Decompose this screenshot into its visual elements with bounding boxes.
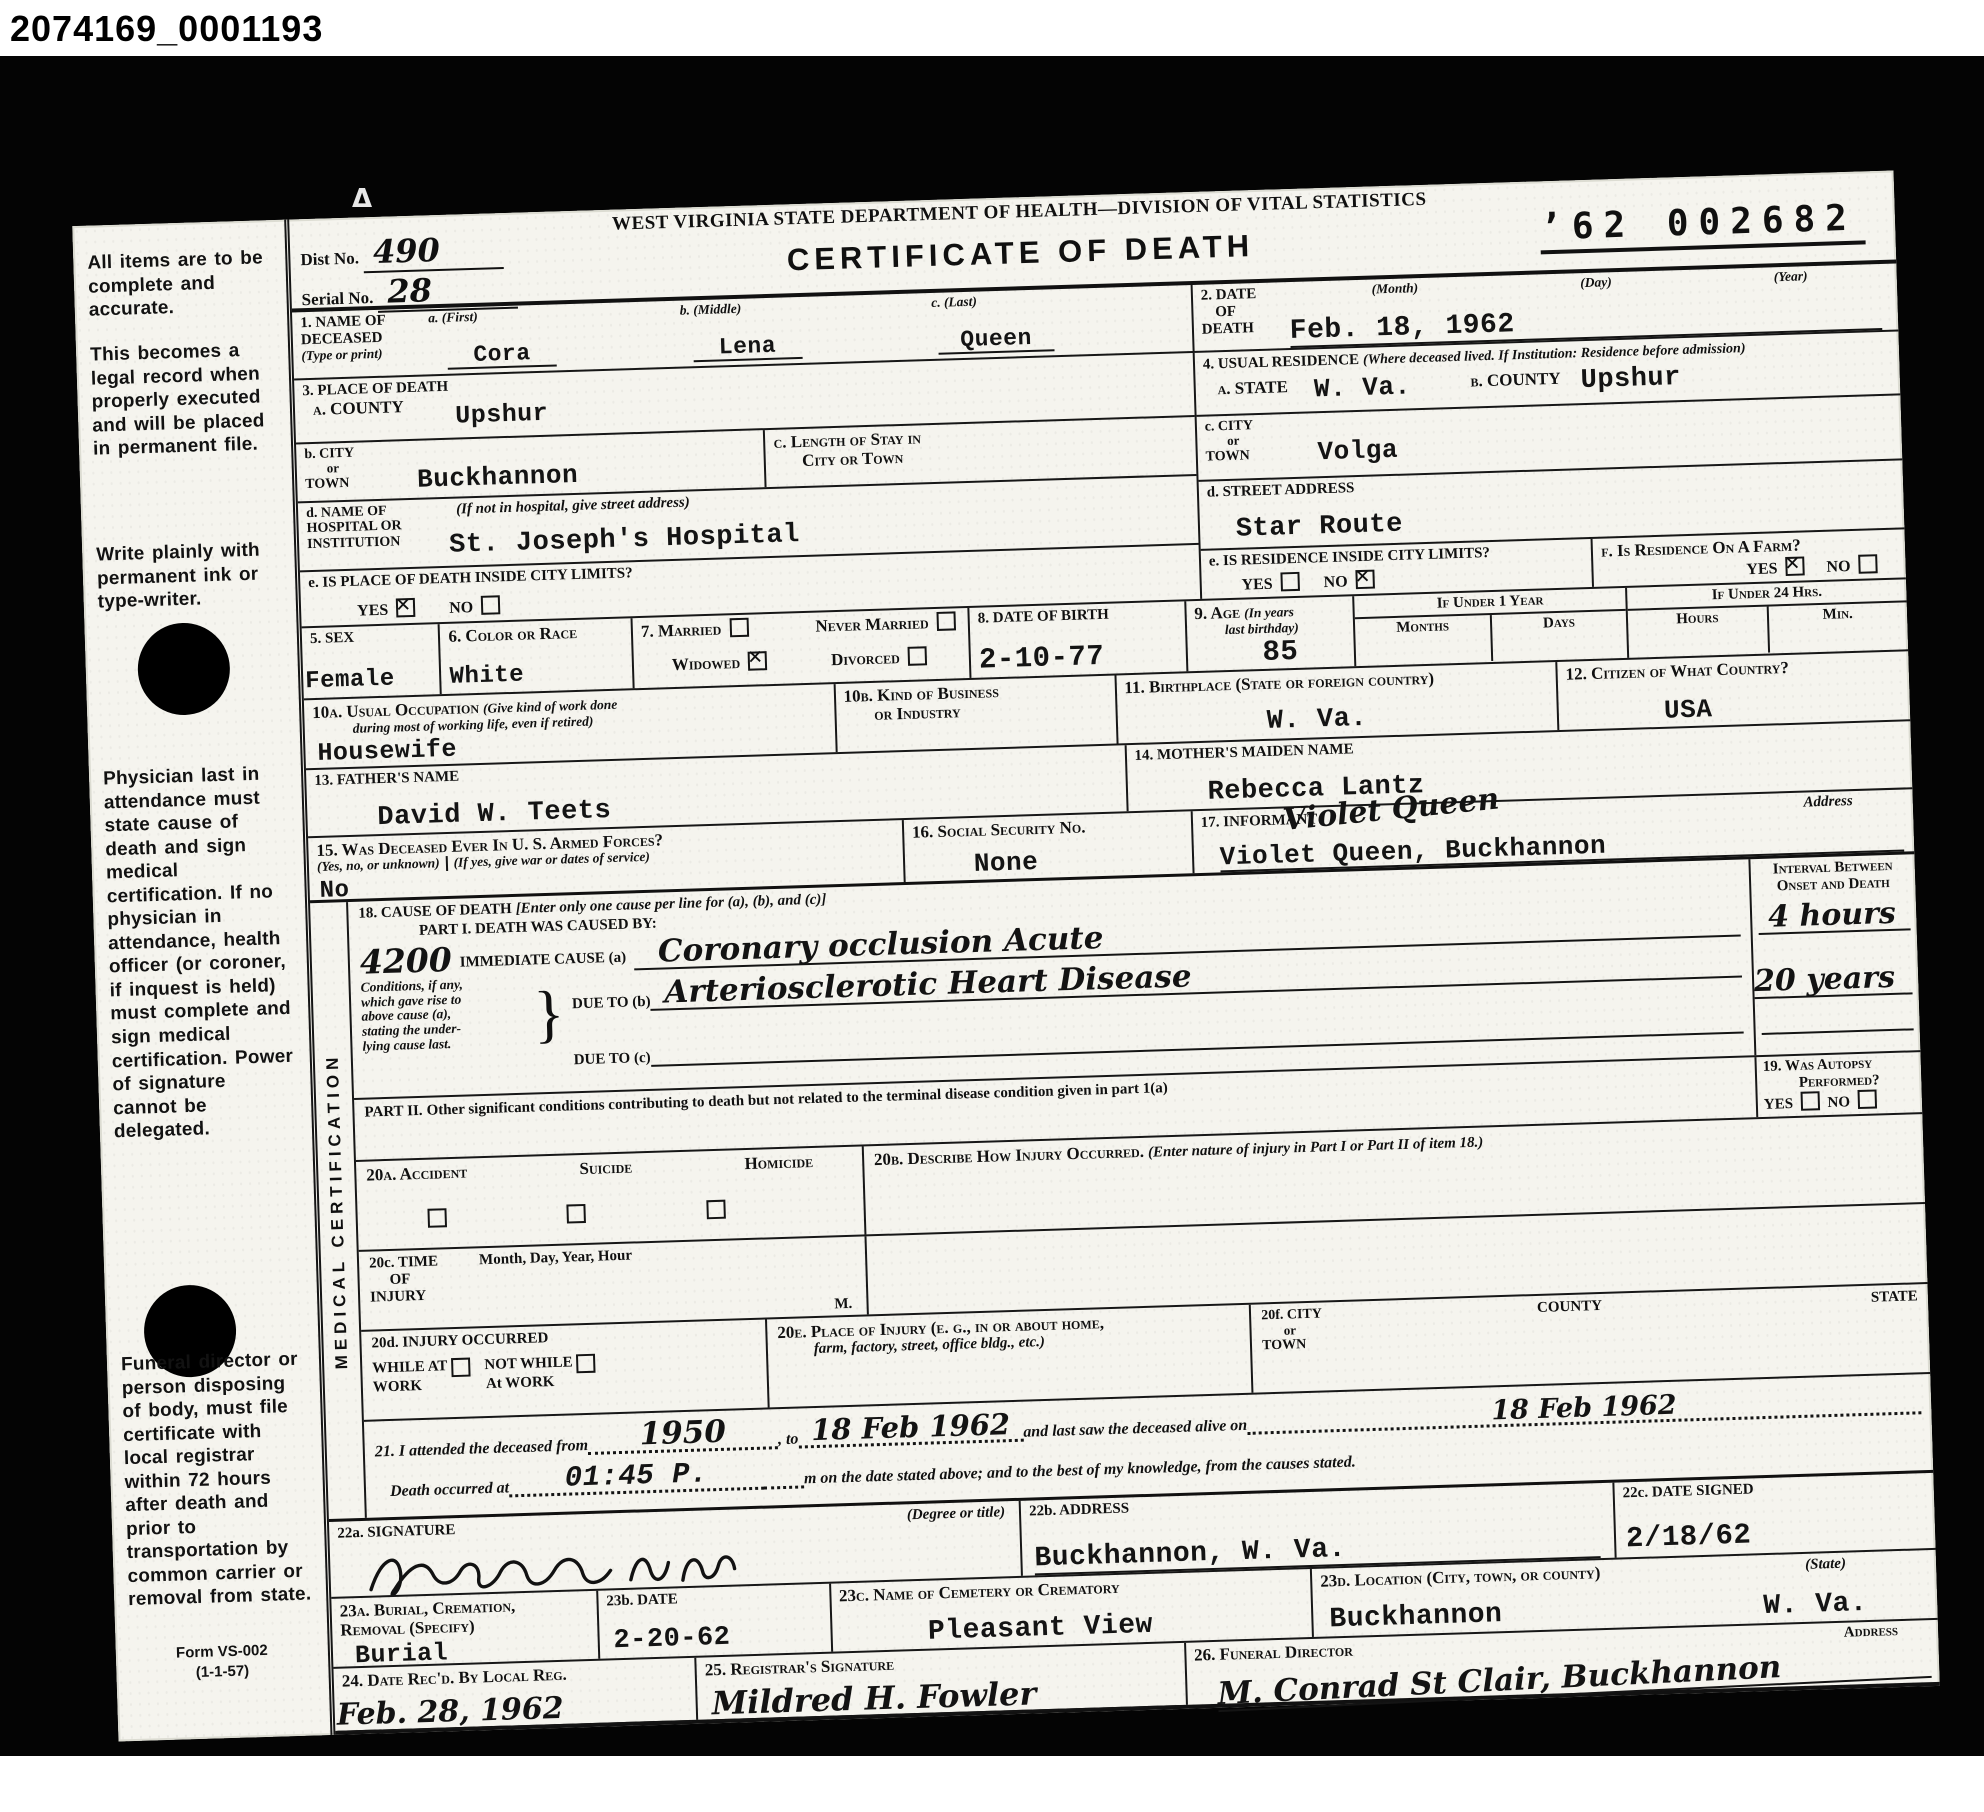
field-20c-time-of-injury: 20c. TIME OF INJURY Month, Day, Year, Ho… [359,1236,869,1329]
field-3a-county-value: Upshur [455,401,549,429]
margin-note-physician: Physician last in attendance must state … [103,762,298,1144]
field-4f-no-label: NO [1826,558,1851,576]
scan-file-id: 2074169_0001193 [10,8,323,50]
field-20d-while-checkbox [451,1357,471,1377]
field-1c-last-name: Queen [938,326,1054,355]
field-18-interval-column: Interval Between Onset and Death 4 hours… [1748,854,1920,1055]
field-20f-state-label: STATE [1758,1288,1920,1373]
field-21-time-value: 01:45 P. [564,1457,708,1494]
field-21-text-2: , to [778,1431,799,1450]
field-1b-middle-name: Lena [693,334,803,362]
field-20d-while-label: WHILE AT [372,1358,448,1379]
field-7-divorced-label: Divorced [831,648,900,669]
field-8-date-of-birth: 8. DATE OF BIRTH 2-10-77 [967,601,1186,678]
field-21-text-5: m on the date stated above; and to the b… [804,1454,1356,1489]
field-7-married-checkbox [729,618,749,638]
field-20c-meridiem: M. [834,1296,852,1313]
certificate-title: CERTIFICATE OF DEATH [620,223,1421,283]
field-18-code: 4200 [359,943,452,979]
margin-note-funeral: Funeral director or person disposing of … [121,1348,313,1613]
field-12-value: USA [1664,696,1713,723]
field-20a-accident-checkbox [428,1208,448,1228]
dist-no-value: 490 [372,231,440,271]
field-3a-label: a. COUNTY [313,397,404,419]
field-7-widowed-checkbox [748,651,768,671]
field-4d-street-value: Star Route [1235,511,1403,543]
scan-artifact-triangle: Δ [352,184,372,214]
field-3e-no-checkbox [481,595,501,615]
field-19-yes-checkbox [1800,1091,1820,1111]
field-6-label: 6. Color or Race [448,622,623,646]
interval-c-blank [1762,1026,1914,1035]
margin-note-ink: Write plainly with permanent ink or type… [96,538,282,614]
field-23c-value: Pleasant View [928,1612,1154,1647]
form-number: Form VS-002 (1-1-57) [130,1639,315,1684]
field-4b-label: b. COUNTY [1470,369,1561,399]
field-1-label-3: (Type or print) [301,345,429,364]
field-3b-city-value: Buckhannon [417,461,579,492]
form-number-code: Form VS-002 [176,1642,268,1662]
field-20d-atwork-label: At WORK [486,1374,555,1393]
field-6-value: White [449,664,524,690]
field-20d-injury-occurred: 20d. INJURY OCCURRED WHILE AT NOT WHILE … [361,1319,769,1419]
field-7-never-checkbox [937,611,957,631]
field-9-under-24-hrs: If Under 24 Hrs. Hours Min. [1625,579,1908,658]
field-3e-yes-checkbox [396,598,416,618]
field-9-label-1: 9. Age [1194,603,1240,623]
field-9-age: 9. Age (In years last birthday) 85 [1184,596,1355,671]
field-20e-place-of-injury: 20e. Place of Injury (e. g., in or about… [767,1305,1254,1408]
field-4e-no-label: NO [1323,573,1348,591]
field-4f-yes-checkbox [1785,556,1805,576]
field-20c-sublabel: Month, Day, Year, Hour [479,1248,634,1303]
field-1b-label: b. (Middle) [680,296,932,319]
field-1a-first-name: Cora [447,341,557,369]
field-20a-accident-label: 20a. Accident [366,1163,467,1185]
field-3e-yes-label: YES [357,602,389,620]
field-22c-date-signed: 22c. DATE SIGNED 2/18/62 [1612,1473,1935,1558]
death-certificate-document: All items are to be complete and accurat… [72,171,1939,1742]
medical-certification-vertical-label: MEDICAL CERTIFICATION [323,1052,353,1369]
field-17-address-label: Address [1803,793,1853,811]
field-15-note-2: (If yes, give war or dates of service) [453,850,650,871]
field-7-never-label: Never Married [815,613,929,635]
field-4a-label: a. STATE [1217,377,1288,406]
field-9-under-1-year: If Under 1 Year Months Days [1352,588,1627,666]
field-23a-disposition: 23a. Burial, Cremation, Removal (Specify… [331,1591,598,1667]
field-5-label: 5. SEX [310,627,431,647]
field-24-date-received: 24. Date Rec'd. By Local Reg. Feb. 28, 1… [333,1658,696,1731]
field-20a-manner: 20a. Accident Suicide Homicide [356,1146,866,1249]
field-20d-notwhile-checkbox [576,1354,596,1374]
field-6-color-race: 6. Color or Race White [438,618,633,694]
field-20c-label-3: INJURY [370,1286,480,1306]
field-15-note-1: (Yes, no, or unknown) [317,856,440,875]
margin-note-legal: This becomes a legal record when properl… [90,338,278,461]
field-21-from-value: 1950 [639,1414,726,1453]
field-22a-label: 22a. SIGNATURE [337,1522,456,1542]
field-21-text-1: 21. I attended the deceased from [375,1437,589,1462]
field-23d-city-value: Buckhannon [1329,1601,1503,1634]
field-7-divorced-checkbox [908,646,928,666]
field-15-value: No [319,879,350,904]
field-4-title-note: (Where deceased lived. If Institution: R… [1363,341,1746,368]
field-7-married-label: 7. Married [641,620,722,641]
under-24-hrs-min-label: Min. [1766,602,1908,652]
field-19-no-checkbox [1857,1089,1877,1109]
interval-header-2: Onset and Death [1757,874,1909,895]
field-4c-town-value: Volga [1317,436,1398,464]
field-4f-yes-label: YES [1746,560,1778,578]
punch-hole-top [136,622,231,717]
field-7-marital-status: 7. Married Never Married Widowed Divorce… [631,608,970,688]
field-18-part2-label: PART II. [364,1103,423,1121]
field-5-value: Female [305,668,395,695]
field-20a-suicide-checkbox [567,1204,587,1224]
field-10b-business: 10b. Kind of Business or Industry [833,676,1116,753]
field-19-autopsy: 19. Was Autopsy Performed? YES NO [1754,1052,1922,1117]
field-18c-blank [650,1011,1743,1066]
field-11-value: W. Va. [1266,706,1367,736]
field-22c-label: 22c. DATE SIGNED [1622,1476,1925,1502]
field-23b-value: 2-20-62 [613,1625,731,1656]
field-20b-note: (Enter nature of injury in Part I or Par… [1148,1135,1484,1161]
field-20f-label-3: TOWN [1262,1335,1382,1354]
row-place-residence: 3. PLACE OF DEATH a. COUNTY Upshur b. CI… [294,329,1906,626]
field-16-value: None [973,849,1038,877]
field-4-usual-residence: 4. USUAL RESIDENCE (Where deceased lived… [1192,331,1905,598]
field-4f-no-checkbox [1858,554,1878,574]
field-4e-no-checkbox [1355,570,1375,590]
under-1-year-months-label: Months [1355,615,1491,665]
interval-a-value: 4 hours [1768,896,1897,935]
field-4-title: 4. USUAL RESIDENCE [1203,352,1360,373]
field-3d-label-3: INSTITUTION [307,533,457,553]
field-23d-state-label: (State) [1805,1556,1846,1574]
field-2-label-3: DEATH [1202,319,1292,339]
field-26-label: 26. Funeral Director [1194,1641,1353,1665]
field-20a-suicide-label: Suicide [579,1158,632,1179]
field-21-lastalive-value: 18 Feb 1962 [1491,1390,1677,1427]
field-8-value: 2-10-77 [979,642,1105,675]
field-16-label: 16. Social Security No. [912,815,1183,842]
field-21-text-3: and last saw the deceased alive on [1023,1417,1247,1442]
field-22c-value: 2/18/62 [1626,1521,1752,1554]
field-1a-label: a. (First) [428,304,680,327]
field-18-cond-5: lying cause last. [362,1035,534,1055]
dist-no-label: Dist No. [300,248,359,269]
scanned-page: 2074169_0001193 Δ All items are to be co… [0,0,1984,1812]
certificate-form: Dist No. 490 Serial No. 28 WEST VIRGINIA… [284,171,1940,1735]
field-10a-label-2: (Give kind of work done [483,697,618,716]
field-21-leader [764,1469,805,1489]
field-18-title: 18. CAUSE OF DEATH [358,901,512,922]
field-20d-label: 20d. INJURY OCCURRED [371,1324,755,1353]
field-26-address-label: Address [1844,1623,1899,1641]
field-3e-no-label: NO [449,599,474,617]
field-16-ssn: 16. Social Security No. None [902,811,1193,882]
field-23d-statev: W. Va. [1763,1590,1868,1621]
field-10a-value: Housewife [317,737,457,766]
field-5-sex: 5. SEX Female [302,624,440,698]
field-25-registrar-signature: 25. Registrar's Signature Mildred H. Fow… [694,1643,1185,1720]
field-4e-yes-label: YES [1241,576,1273,594]
field-18b-label: DUE TO (b) [572,994,651,1013]
field-1c-label: c. (Last) [931,288,1183,311]
under-1-year-days-label: Days [1489,611,1627,661]
field-23b-label: 23b. DATE [606,1587,821,1610]
field-9-value: 85 [1262,637,1299,667]
field-19-no-label: NO [1827,1094,1850,1111]
field-7-widowed-label: Widowed [672,653,741,674]
field-4e-yes-checkbox [1280,572,1300,592]
field-8-label: 8. DATE OF BIRTH [978,605,1177,628]
field-20a-homicide-label: Homicide [744,1152,813,1173]
margin-note-complete: All items are to be complete and accurat… [87,246,273,322]
field-3-place-of-death: 3. PLACE OF DEATH a. COUNTY Upshur b. CI… [294,353,1200,626]
interval-b-value: 20 years [1754,960,1896,999]
medical-certification-section: MEDICAL CERTIFICATION 18. CAUSE OF DEATH… [310,851,1933,1519]
field-22a-degree-label: (Degree or title) [907,1504,1006,1523]
field-21-text-4: Death occurred at [390,1479,510,1501]
field-12-citizen: 12. Citizen of What Country? USA [1555,651,1910,730]
field-13-value: David W. Teets [377,798,612,832]
field-20d-notwhile-label: NOT WHILE [484,1354,573,1376]
field-18a-label: IMMEDIATE CAUSE (a) [460,950,627,972]
field-24-label: 24. Date Rec'd. By Local Reg. [342,1661,688,1691]
certificate-number: ’62 002682 [1540,197,1866,254]
field-9-label-2: (In years [1244,604,1294,621]
field-4b-county-value: Upshur [1580,365,1681,395]
field-23d-label: 23d. Location (City, town, or county) [1320,1563,1601,1591]
field-18c-label: DUE TO (c) [573,1050,650,1069]
field-21-to-value: 18 Feb 1962 [811,1407,1011,1447]
field-20b-label: 20b. Describe How Injury Occurred. [874,1142,1145,1169]
field-20a-homicide-checkbox [706,1200,726,1220]
field-12-label: 12. Citizen of What Country? [1565,655,1901,684]
under-24-hrs-hours-label: Hours [1628,606,1768,656]
form-number-revision: (1-1-57) [196,1662,250,1681]
field-4a-state-value: W. Va. [1314,373,1411,403]
field-18-brace: } [532,974,566,1070]
field-19-yes-label: YES [1764,1096,1794,1113]
field-20f-county-label: COUNTY [1381,1293,1760,1384]
field-20d-work-label: WORK [373,1378,423,1396]
field-23b-date: 23b. DATE 2-20-62 [596,1584,831,1659]
